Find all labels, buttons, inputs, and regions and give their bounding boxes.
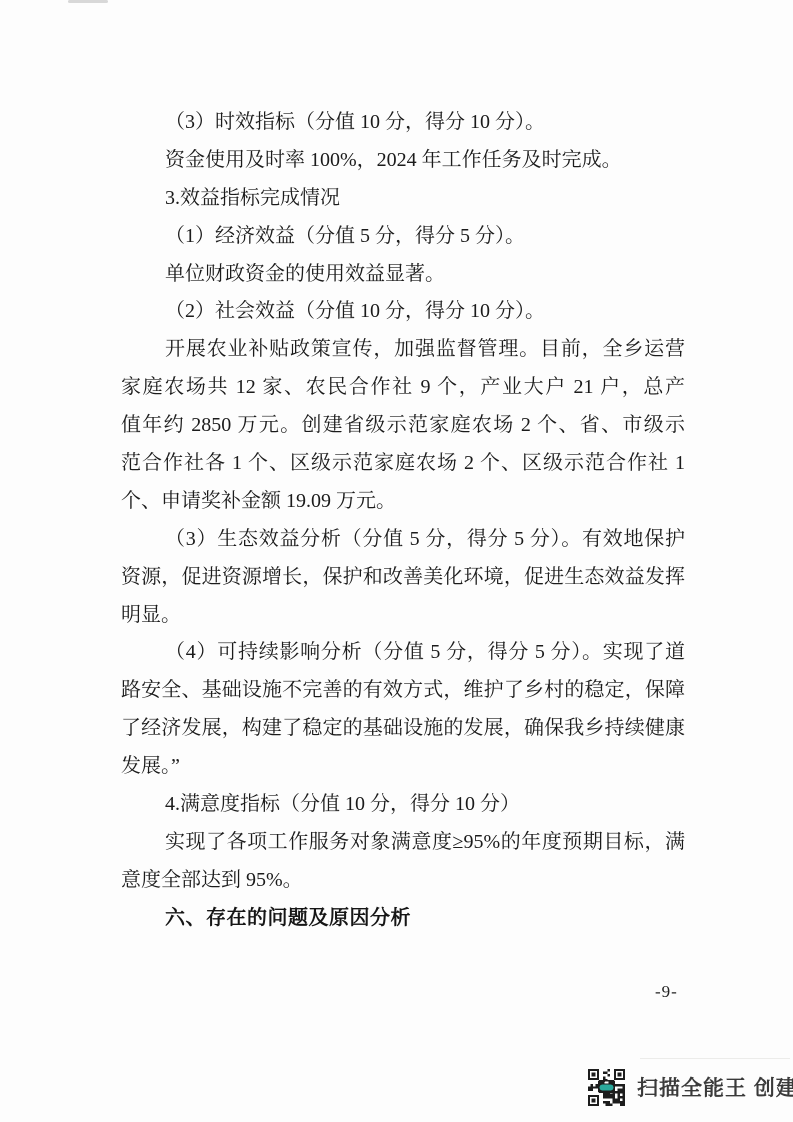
- text-line: 发展。”: [121, 748, 685, 786]
- scan-artifact: [68, 0, 108, 3]
- text-line: 4.满意度指标（分值 10 分，得分 10 分）: [121, 786, 685, 824]
- qr-code-icon: [588, 1069, 625, 1106]
- text-line: 值年约 2850 万元。创建省级示范家庭农场 2 个、省、市级示: [121, 407, 685, 445]
- text-line: 明显。: [121, 597, 685, 635]
- text-line: 意度全部达到 95%。: [121, 862, 685, 900]
- text-line: 实现了各项工作服务对象满意度≥95%的年度预期目标，满: [121, 824, 685, 862]
- text-line: 家庭农场共 12 家、农民合作社 9 个，产业大户 21 户，总产: [121, 369, 685, 407]
- page-number: -9-: [655, 982, 678, 1002]
- text-line: 3.效益指标完成情况: [121, 180, 685, 218]
- text-line: 了经济发展，构建了稳定的基础设施的发展，确保我乡持续健康: [121, 710, 685, 748]
- text-line: （2）社会效益（分值 10 分，得分 10 分）。: [121, 293, 685, 331]
- document-body: （3）时效指标（分值 10 分，得分 10 分）。资金使用及时率 100%，20…: [121, 104, 685, 938]
- watermark-label: 扫描全能王 创建: [637, 1072, 793, 1102]
- scan-fold-line: [640, 1058, 790, 1059]
- text-line: （1）经济效益（分值 5 分，得分 5 分）。: [121, 218, 685, 256]
- text-line: （3）生态效益分析（分值 5 分，得分 5 分）。有效地保护: [121, 521, 685, 559]
- text-line: 资源，促进资源增长，保护和改善美化环境，促进生态效益发挥: [121, 559, 685, 597]
- scanner-watermark: 扫描全能王 创建: [588, 1068, 793, 1106]
- text-line: 单位财政资金的使用效益显著。: [121, 256, 685, 294]
- text-line: 范合作社各 1 个、区级示范家庭农场 2 个、区级示范合作社 1: [121, 445, 685, 483]
- text-line: （3）时效指标（分值 10 分，得分 10 分）。: [121, 104, 685, 142]
- text-line: 个、申请奖补金额 19.09 万元。: [121, 483, 685, 521]
- page: （3）时效指标（分值 10 分，得分 10 分）。资金使用及时率 100%，20…: [0, 0, 793, 1122]
- section-heading-line: 六、存在的问题及原因分析: [121, 900, 685, 938]
- text-line: （4）可持续影响分析（分值 5 分，得分 5 分）。实现了道: [121, 634, 685, 672]
- text-line: 资金使用及时率 100%，2024 年工作任务及时完成。: [121, 142, 685, 180]
- text-line: 开展农业补贴政策宣传，加强监督管理。目前，全乡运营: [121, 331, 685, 369]
- text-line: 路安全、基础设施不完善的有效方式，维护了乡村的稳定，保障: [121, 672, 685, 710]
